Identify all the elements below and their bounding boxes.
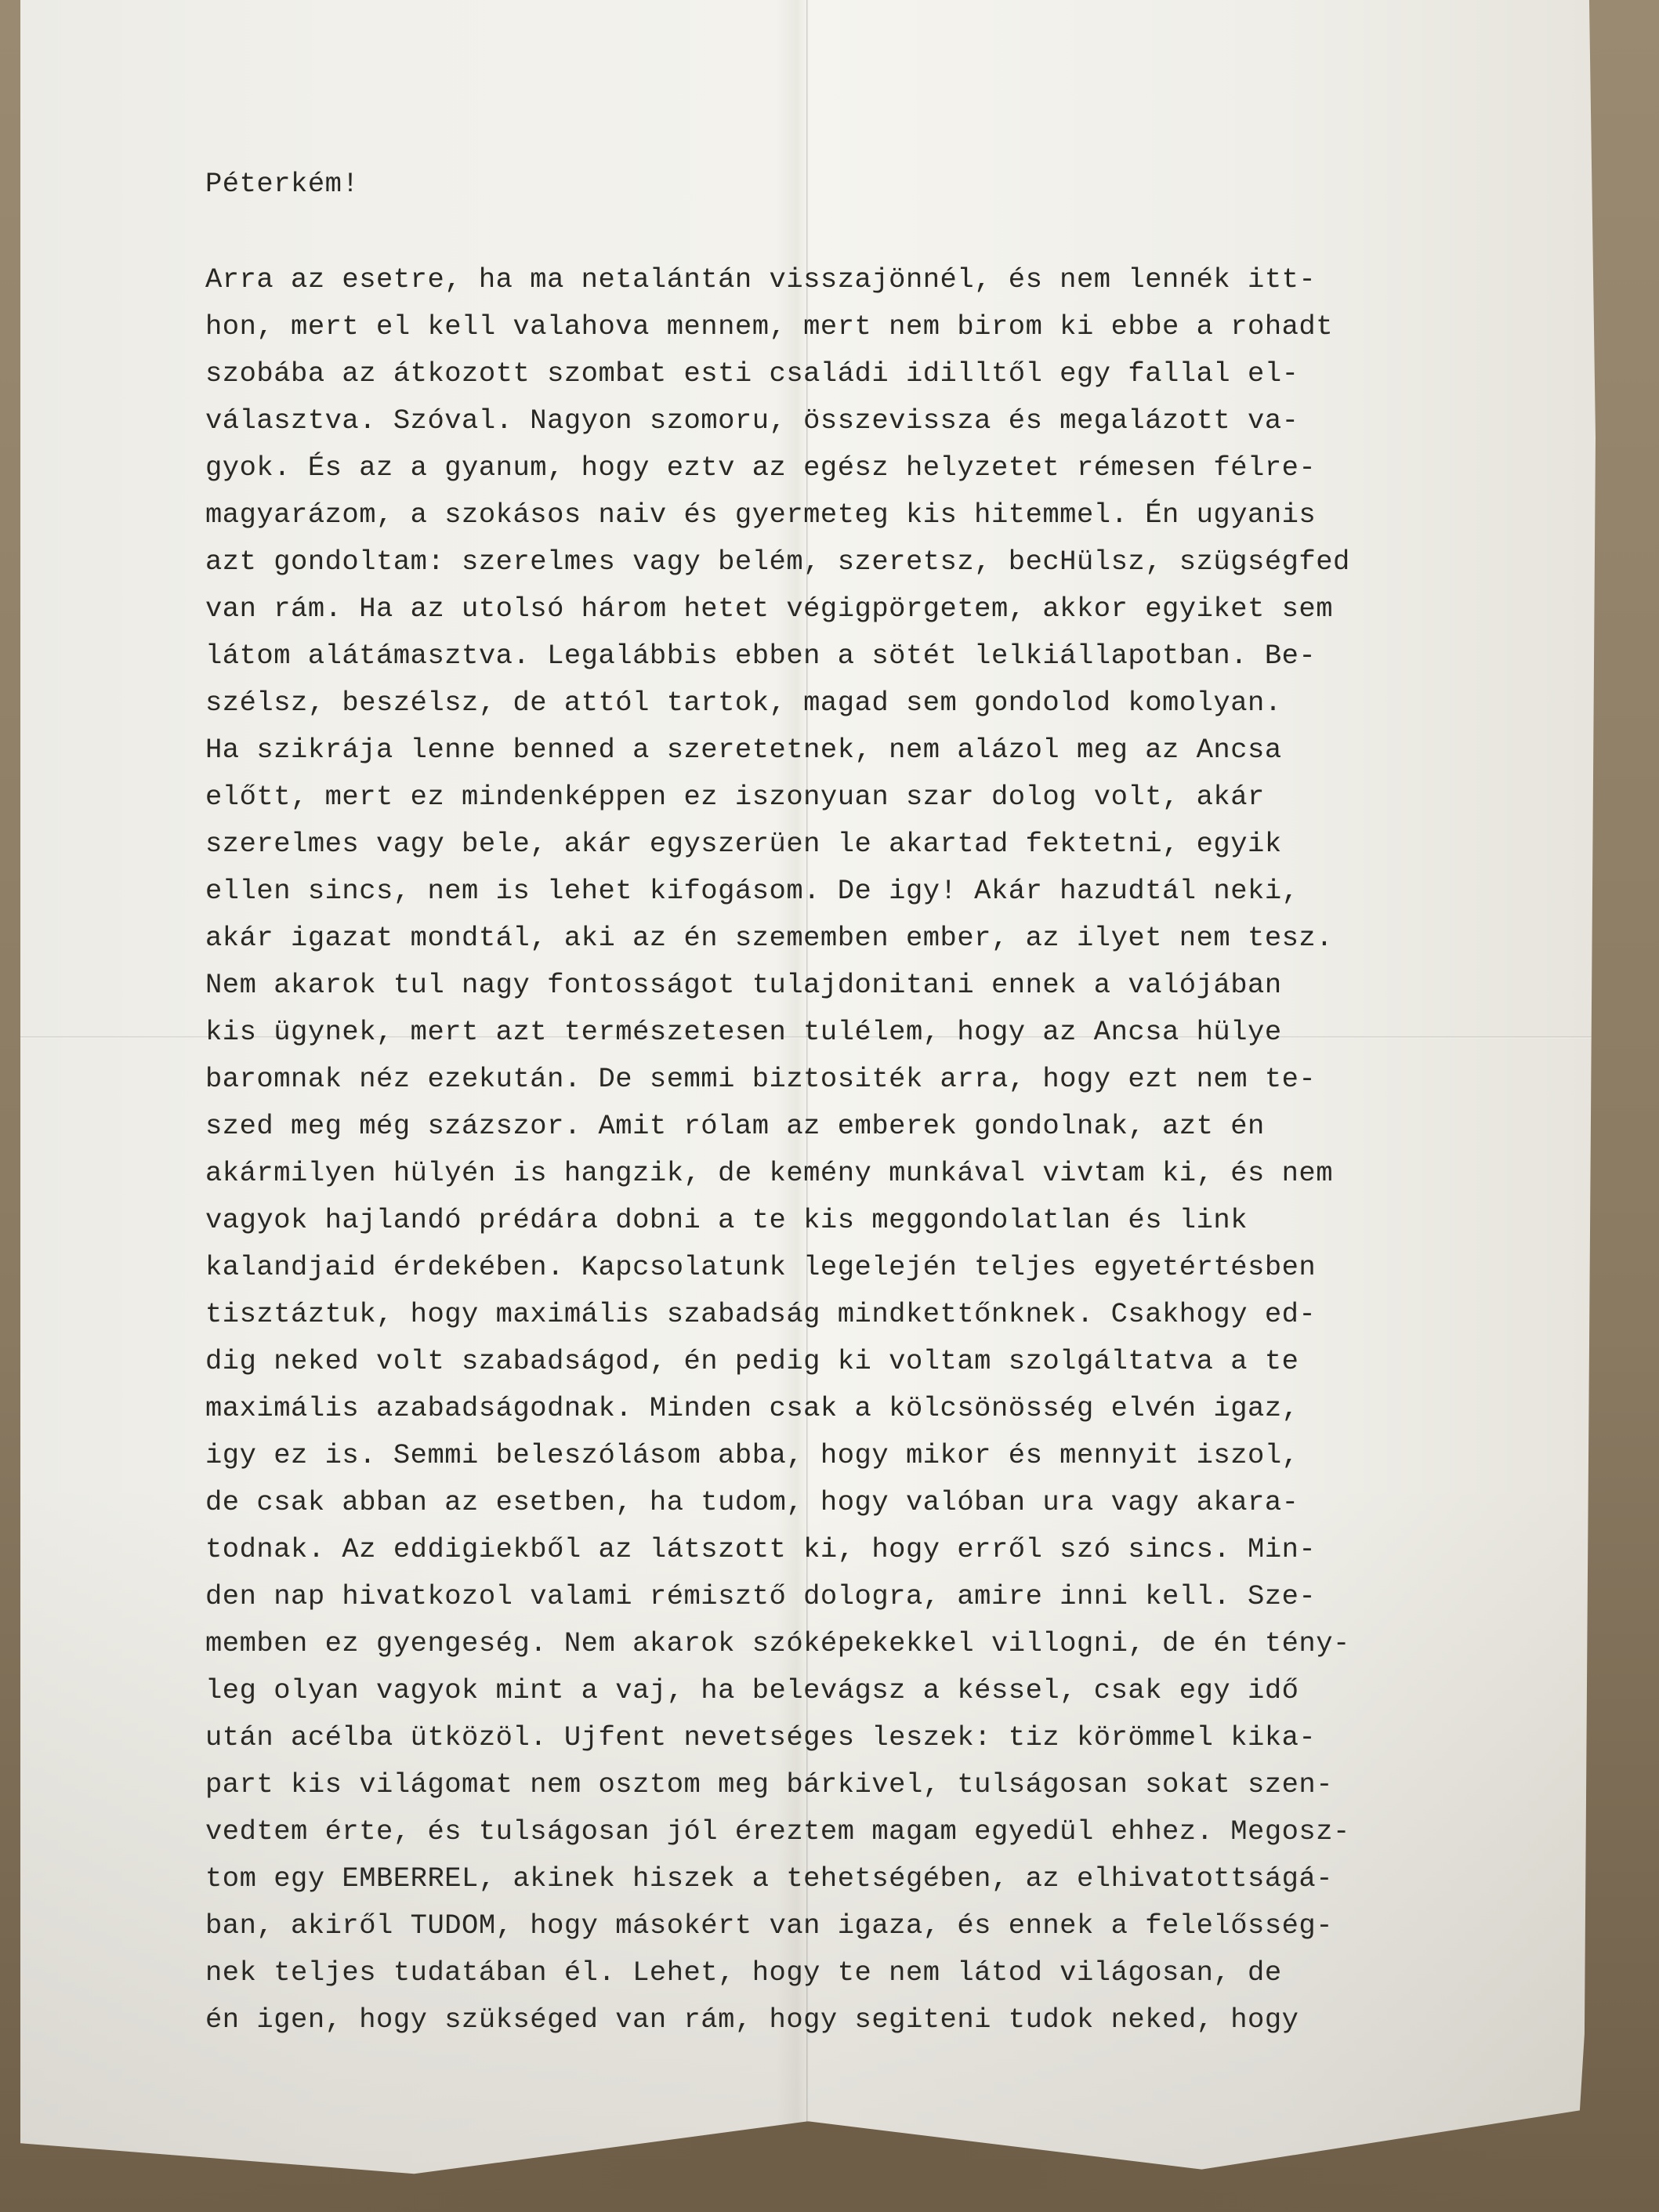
text-line: leg olyan vagyok mint a vaj, ha belevágs…: [205, 1667, 1553, 1714]
text-line: akár igazat mondtál, aki az én szememben…: [205, 915, 1553, 962]
text-line: Nem akarok tul nagy fontosságot tulajdon…: [205, 962, 1553, 1009]
text-line: kalandjaid érdekében. Kapcsolatunk legel…: [205, 1244, 1553, 1291]
text-line: tom egy EMBERREL, akinek hiszek a tehets…: [205, 1855, 1553, 1902]
salutation: Péterkém!: [205, 161, 1553, 208]
text-line: magyarázom, a szokásos naiv és gyermeteg…: [205, 491, 1553, 538]
text-line: den nap hivatkozol valami rémisztő dolog…: [205, 1573, 1553, 1620]
text-line: látom alátámasztva. Legalábbis ebben a s…: [205, 633, 1553, 680]
text-line: azt gondoltam: szerelmes vagy belém, sze…: [205, 538, 1553, 586]
text-line: baromnak néz ezekután. De semmi biztosit…: [205, 1056, 1553, 1103]
text-line: part kis világomat nem osztom meg bárkiv…: [205, 1761, 1553, 1808]
text-line: todnak. Az eddigiekből az látszott ki, h…: [205, 1526, 1553, 1573]
text-line: Arra az esetre, ha ma netalántán visszaj…: [205, 256, 1553, 303]
text-line: szobába az átkozott szombat esti családi…: [205, 350, 1553, 397]
text-line: vedtem érte, és tulságosan jól éreztem m…: [205, 1808, 1553, 1855]
text-line: szerelmes vagy bele, akár egyszerüen le …: [205, 821, 1553, 868]
text-line: akármilyen hülyén is hangzik, de kemény …: [205, 1150, 1553, 1197]
text-line: gyok. És az a gyanum, hogy eztv az egész…: [205, 444, 1553, 491]
text-line: választva. Szóval. Nagyon szomoru, össze…: [205, 397, 1553, 444]
text-line: előtt, mert ez mindenképpen ez iszonyuan…: [205, 774, 1553, 821]
text-line: nek teljes tudatában él. Lehet, hogy te …: [205, 1949, 1553, 1996]
text-line: dig neked volt szabadságod, én pedig ki …: [205, 1338, 1553, 1385]
text-line: kis ügynek, mert azt természetesen tulél…: [205, 1009, 1553, 1056]
text-line: tisztáztuk, hogy maximális szabadság min…: [205, 1291, 1553, 1338]
text-line: hon, mert el kell valahova mennem, mert …: [205, 303, 1553, 350]
text-line: de csak abban az esetben, ha tudom, hogy…: [205, 1479, 1553, 1526]
text-line: szed meg még százszor. Amit rólam az emb…: [205, 1103, 1553, 1150]
text-line: én igen, hogy szükséged van rám, hogy se…: [205, 1996, 1553, 2043]
text-line: memben ez gyengeség. Nem akarok szóképek…: [205, 1620, 1553, 1667]
text-line: igy ez is. Semmi beleszólásom abba, hogy…: [205, 1432, 1553, 1479]
text-line: ban, akiről TUDOM, hogy másokért van iga…: [205, 1902, 1553, 1949]
text-line: vagyok hajlandó prédára dobni a te kis m…: [205, 1197, 1553, 1244]
text-line: Ha szikrája lenne benned a szeretetnek, …: [205, 727, 1553, 774]
text-line: után acélba ütközöl. Ujfent nevetséges l…: [205, 1714, 1553, 1761]
text-line: ellen sincs, nem is lehet kifogásom. De …: [205, 868, 1553, 915]
letter-body: Péterkém! Arra az esetre, ha ma netalánt…: [205, 161, 1553, 2043]
text-line: szélsz, beszélsz, de attól tartok, magad…: [205, 680, 1553, 727]
text-line: van rám. Ha az utolsó három hetet végigp…: [205, 586, 1553, 633]
text-line: maximális azabadságodnak. Minden csak a …: [205, 1385, 1553, 1432]
letter-text: Arra az esetre, ha ma netalántán visszaj…: [205, 256, 1553, 2043]
